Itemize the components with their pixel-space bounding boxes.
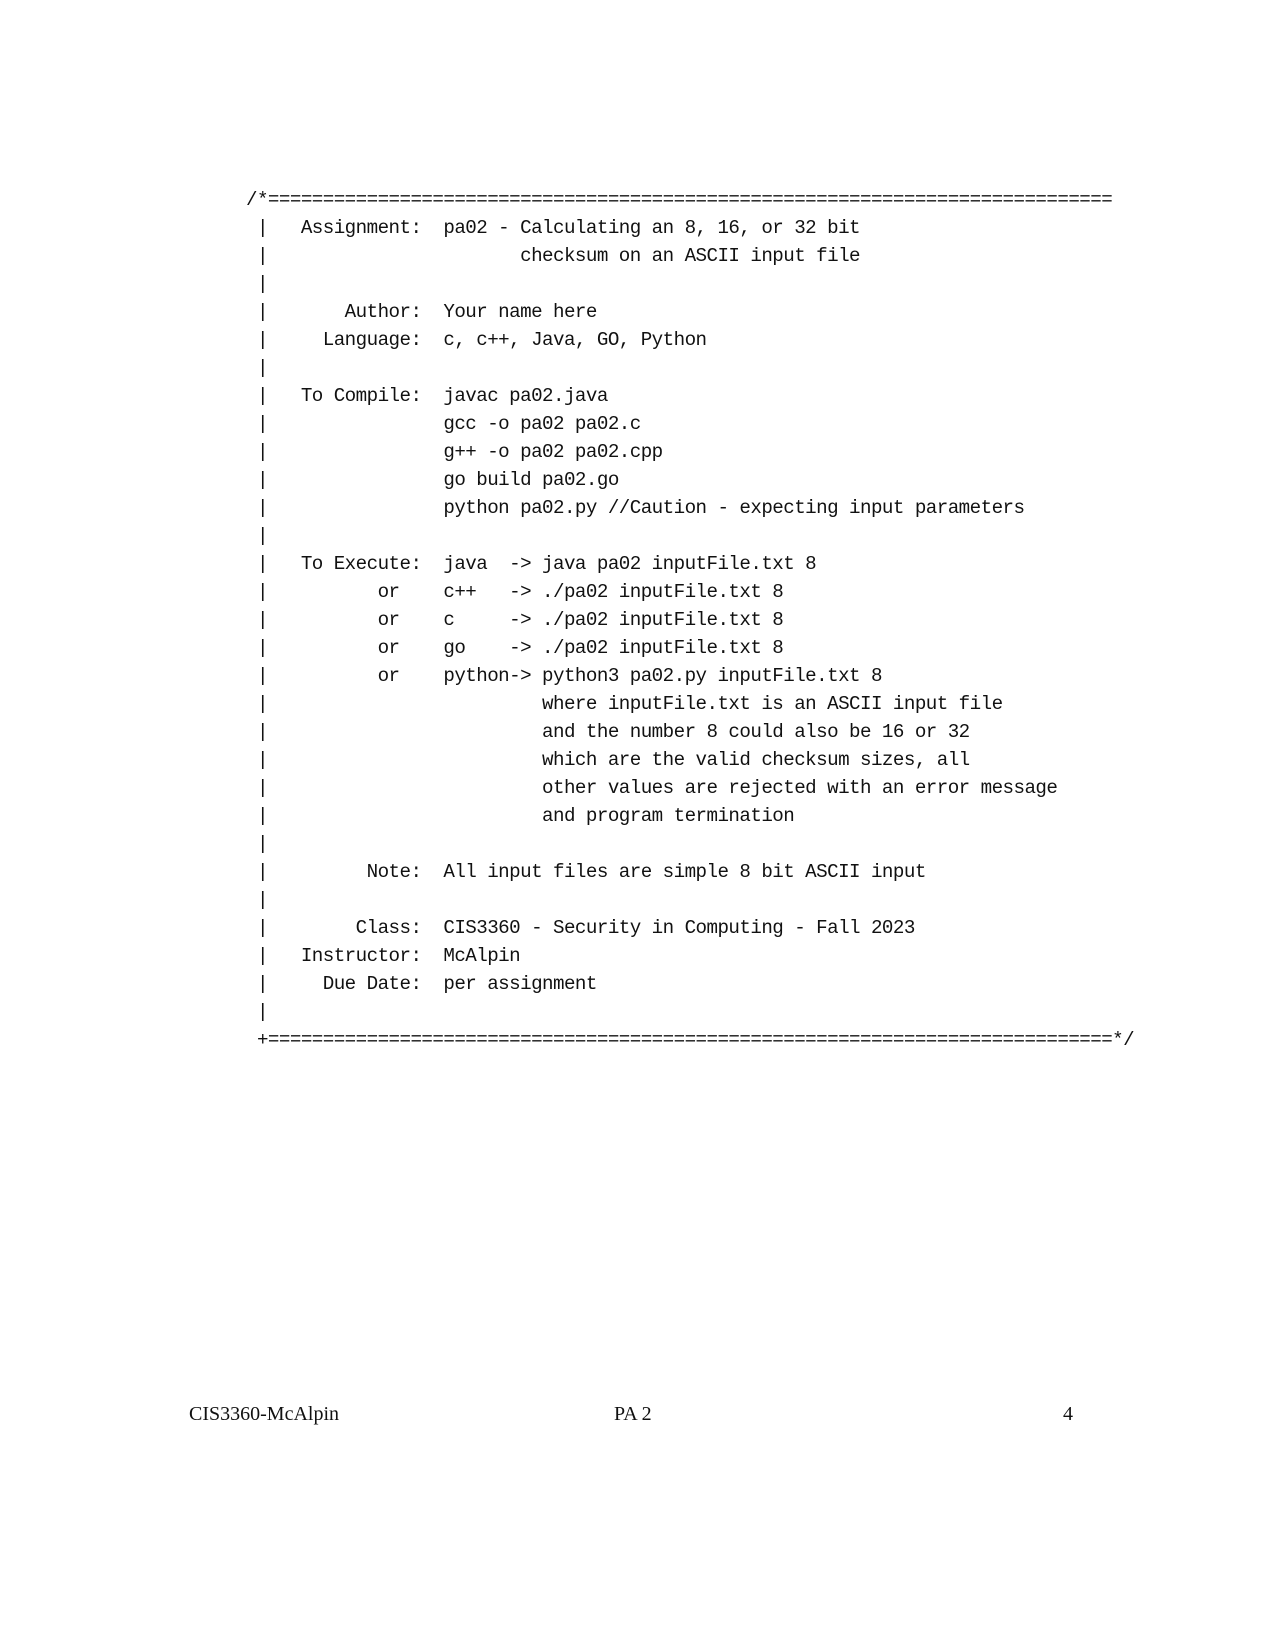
compile-c-line: | gcc -o pa02 pa02.c <box>246 410 1134 438</box>
instructor-line: | Instructor: McAlpin <box>246 942 1134 970</box>
compile-cpp-line: | g++ -o pa02 pa02.cpp <box>246 438 1134 466</box>
comment-bottom-border: +=======================================… <box>246 1026 1134 1054</box>
footer-course-instructor: CIS3360-McAlpin <box>189 1403 339 1426</box>
class-line: | Class: CIS3360 - Security in Computing… <box>246 914 1134 942</box>
execute-note-line: | and the number 8 could also be 16 or 3… <box>246 718 1134 746</box>
compile-python-line: | python pa02.py //Caution - expecting i… <box>246 494 1134 522</box>
execute-note-line: | other values are rejected with an erro… <box>246 774 1134 802</box>
execute-java-line: | To Execute: java -> java pa02 inputFil… <box>246 550 1134 578</box>
execute-cpp-line: | or c++ -> ./pa02 inputFile.txt 8 <box>246 578 1134 606</box>
execute-note-line: | where inputFile.txt is an ASCII input … <box>246 690 1134 718</box>
execute-python-line: | or python-> python3 pa02.py inputFile.… <box>246 662 1134 690</box>
blank-line: | <box>246 886 1134 914</box>
execute-c-line: | or c -> ./pa02 inputFile.txt 8 <box>246 606 1134 634</box>
execute-note-line: | which are the valid checksum sizes, al… <box>246 746 1134 774</box>
execute-go-line: | or go -> ./pa02 inputFile.txt 8 <box>246 634 1134 662</box>
execute-note-line: | and program termination <box>246 802 1134 830</box>
blank-line: | <box>246 270 1134 298</box>
page-number: 4 <box>1063 1403 1073 1426</box>
code-header-comment: /*======================================… <box>246 186 1134 1054</box>
assignment-continuation-line: | checksum on an ASCII input file <box>246 242 1134 270</box>
comment-top-border: /*======================================… <box>246 186 1134 214</box>
due-date-line: | Due Date: per assignment <box>246 970 1134 998</box>
blank-line: | <box>246 354 1134 382</box>
blank-line: | <box>246 998 1134 1026</box>
language-line: | Language: c, c++, Java, GO, Python <box>246 326 1134 354</box>
note-line: | Note: All input files are simple 8 bit… <box>246 858 1134 886</box>
blank-line: | <box>246 522 1134 550</box>
author-line: | Author: Your name here <box>246 298 1134 326</box>
footer-assignment-title: PA 2 <box>614 1403 652 1426</box>
compile-java-line: | To Compile: javac pa02.java <box>246 382 1134 410</box>
compile-go-line: | go build pa02.go <box>246 466 1134 494</box>
assignment-line: | Assignment: pa02 - Calculating an 8, 1… <box>246 214 1134 242</box>
blank-line: | <box>246 830 1134 858</box>
